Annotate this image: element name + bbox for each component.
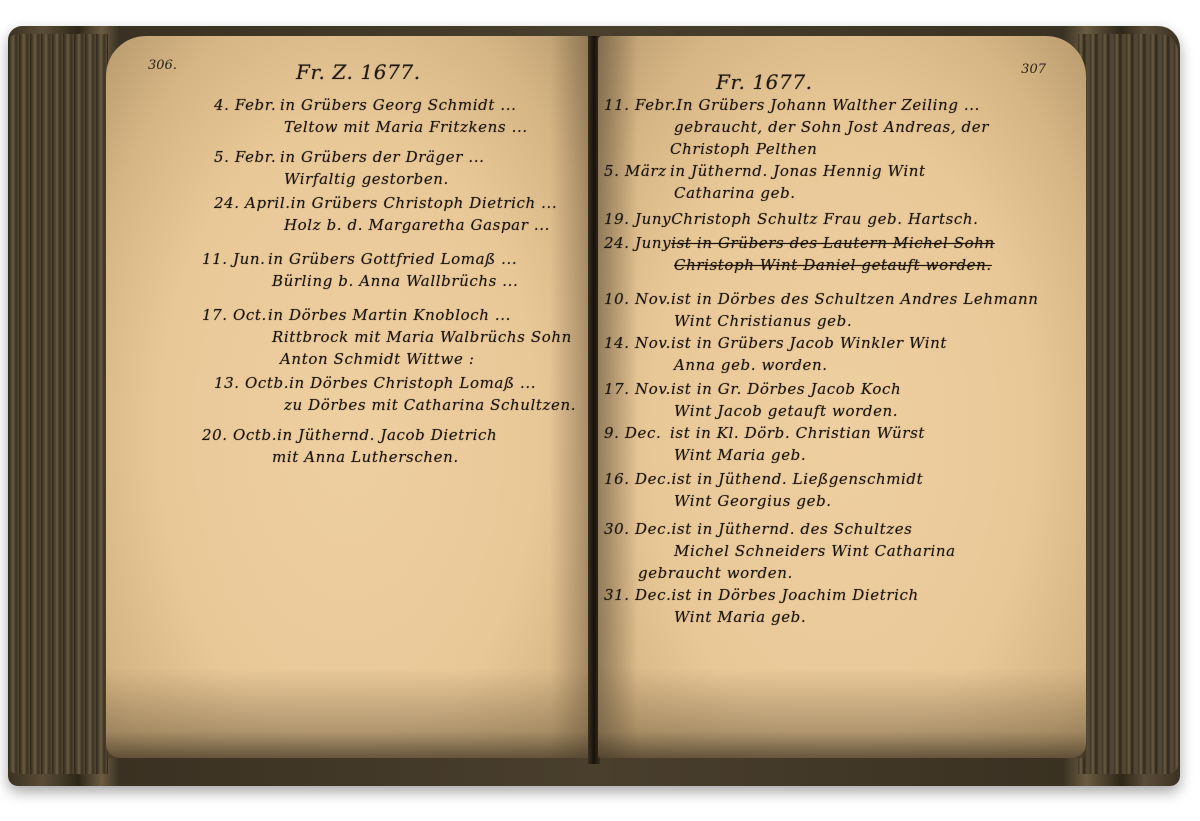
entry-line: ist in Grübers des Lautern Michel Sohn bbox=[671, 234, 995, 252]
entry-date: 14. Nov. bbox=[604, 332, 671, 354]
entry-line: in Grübers der Dräger ... bbox=[280, 148, 484, 166]
page-heading: Fr. 1677. bbox=[716, 70, 813, 94]
register-entry: 17. Nov.ist in Gr. Dörbes Jacob Koch Win… bbox=[604, 378, 901, 422]
register-entry-struck: 24. Junyist in Grübers des Lautern Miche… bbox=[604, 232, 995, 276]
page-number: 307 bbox=[1021, 62, 1046, 77]
entry-line: in Dörbes Christoph Lomaß ... bbox=[289, 374, 536, 392]
entry-date: 16. Dec. bbox=[604, 468, 672, 490]
entry-line: Wint Christianus geb. bbox=[604, 310, 1039, 332]
entry-line: ist in Grübers Jacob Winkler Wint bbox=[671, 334, 947, 352]
entry-line: Rittbrock mit Maria Walbrüchs Sohn bbox=[202, 326, 572, 348]
register-entry: Christoph Pelthen bbox=[604, 138, 817, 160]
entry-line: Anna geb. worden. bbox=[604, 354, 947, 376]
register-entry: 13. Octb.in Dörbes Christoph Lomaß ... z… bbox=[214, 372, 576, 416]
entry-line: in Dörbes Martin Knobloch ... bbox=[268, 306, 511, 324]
entry-date: 20. Octb. bbox=[202, 424, 277, 446]
entry-date: 5. Febr. bbox=[214, 146, 280, 168]
entry-line: ist in Dörbes des Schultzen Andres Lehma… bbox=[671, 290, 1038, 308]
register-entry: 11. Febr.In Grübers Johann Walther Zeili… bbox=[604, 94, 989, 138]
entry-line: gebraucht, der Sohn Jost Andreas, der bbox=[604, 116, 989, 138]
book-edge-right bbox=[1078, 34, 1178, 774]
register-entry: 19. JunyChristoph Schultz Frau geb. Hart… bbox=[604, 208, 979, 230]
entry-date: 17. Oct. bbox=[202, 304, 268, 326]
entry-date: 11. Febr. bbox=[604, 94, 676, 116]
register-entry: 4. Febr.in Grübers Georg Schmidt ... Tel… bbox=[214, 94, 528, 138]
register-entry: 31. Dec.ist in Dörbes Joachim Dietrich W… bbox=[604, 584, 919, 628]
page-heading: Fr. Z. 1677. bbox=[296, 60, 421, 84]
entry-line: Christoph Schultz Frau geb. Hartsch. bbox=[671, 210, 978, 228]
register-entry: gebraucht worden. bbox=[638, 562, 793, 584]
entry-line: ist in Gr. Dörbes Jacob Koch bbox=[671, 380, 901, 398]
entry-line: In Grübers Johann Walther Zeiling ... bbox=[676, 96, 980, 114]
left-page: 306. Fr. Z. 1677. 4. Febr.in Grübers Geo… bbox=[106, 36, 590, 758]
entry-line: Christoph Wint Daniel getauft worden. bbox=[604, 254, 995, 276]
entry-line: gebraucht worden. bbox=[638, 564, 793, 582]
entry-line: Catharina geb. bbox=[604, 182, 926, 204]
register-entry: 9. Dec.ist in Kl. Dörb. Christian Würst … bbox=[604, 422, 925, 466]
page-number: 306. bbox=[148, 58, 177, 73]
entry-date: 9. Dec. bbox=[604, 422, 670, 444]
book-edge-left bbox=[8, 34, 108, 774]
entry-line: Wint Maria geb. bbox=[604, 444, 925, 466]
entry-line: Wirfaltig gestorben. bbox=[214, 168, 484, 190]
entry-line: Wint Jacob getauft worden. bbox=[604, 400, 901, 422]
entry-date: 19. Juny bbox=[604, 208, 671, 230]
entry-date: 31. Dec. bbox=[604, 584, 672, 606]
entry-line: Wint Georgius geb. bbox=[604, 490, 923, 512]
entry-line: ist in Dörbes Joachim Dietrich bbox=[672, 586, 919, 604]
entry-date: 10. Nov. bbox=[604, 288, 671, 310]
entry-line: ist in Jüthend. Ließgenschmidt bbox=[672, 470, 924, 488]
entry-line: ist in Jüthernd. des Schultzes bbox=[672, 520, 913, 538]
entry-line: Holz b. d. Margaretha Gaspar ... bbox=[214, 214, 557, 236]
register-entry: Anton Schmidt Wittwe : bbox=[214, 348, 474, 370]
register-entry: 11. Jun.in Grübers Gottfried Lomaß ... B… bbox=[202, 248, 518, 292]
entry-line: in Grübers Christoph Dietrich ... bbox=[291, 194, 558, 212]
entry-line: ist in Kl. Dörb. Christian Würst bbox=[670, 424, 925, 442]
entry-line: Teltow mit Maria Fritzkens ... bbox=[214, 116, 528, 138]
register-entry: 5. Märzin Jüthernd. Jonas Hennig Wint Ca… bbox=[604, 160, 926, 204]
register-entry: 30. Dec.ist in Jüthernd. des Schultzes M… bbox=[604, 518, 956, 562]
entry-line: in Jüthernd. Jonas Hennig Wint bbox=[670, 162, 926, 180]
entry-line: Wint Maria geb. bbox=[604, 606, 919, 628]
entry-line: Christoph Pelthen bbox=[670, 140, 817, 158]
entry-date: 24. April. bbox=[214, 192, 291, 214]
entry-date: 17. Nov. bbox=[604, 378, 671, 400]
entry-date: 30. Dec. bbox=[604, 518, 672, 540]
right-page: 307 Fr. 1677. 11. Febr.In Grübers Johann… bbox=[598, 36, 1086, 758]
register-entry: 14. Nov.ist in Grübers Jacob Winkler Win… bbox=[604, 332, 947, 376]
register-entry: 10. Nov.ist in Dörbes des Schultzen Andr… bbox=[604, 288, 1039, 332]
entry-date: 24. Juny bbox=[604, 232, 671, 254]
entry-line: Anton Schmidt Wittwe : bbox=[280, 350, 474, 368]
entry-line: Michel Schneiders Wint Catharina bbox=[604, 540, 956, 562]
entry-line: in Grübers Gottfried Lomaß ... bbox=[268, 250, 517, 268]
register-entry: 20. Octb.in Jüthernd. Jacob Dietrich mit… bbox=[202, 424, 497, 468]
entry-line: in Jüthernd. Jacob Dietrich bbox=[277, 426, 497, 444]
entry-date: 4. Febr. bbox=[214, 94, 280, 116]
entry-line: Bürling b. Anna Wallbrüchs ... bbox=[202, 270, 518, 292]
entry-line: zu Dörbes mit Catharina Schultzen. bbox=[214, 394, 576, 416]
register-entry: 5. Febr.in Grübers der Dräger ... Wirfal… bbox=[214, 146, 484, 190]
entry-line: in Grübers Georg Schmidt ... bbox=[280, 96, 516, 114]
register-entry: 16. Dec.ist in Jüthend. Ließgenschmidt W… bbox=[604, 468, 923, 512]
entry-date: 5. März bbox=[604, 160, 670, 182]
register-entry: 17. Oct.in Dörbes Martin Knobloch ... Ri… bbox=[202, 304, 572, 348]
register-entry: 24. April.in Grübers Christoph Dietrich … bbox=[214, 192, 557, 236]
entry-date: 13. Octb. bbox=[214, 372, 289, 394]
entry-date: 11. Jun. bbox=[202, 248, 268, 270]
entry-line: mit Anna Lutherschen. bbox=[202, 446, 497, 468]
